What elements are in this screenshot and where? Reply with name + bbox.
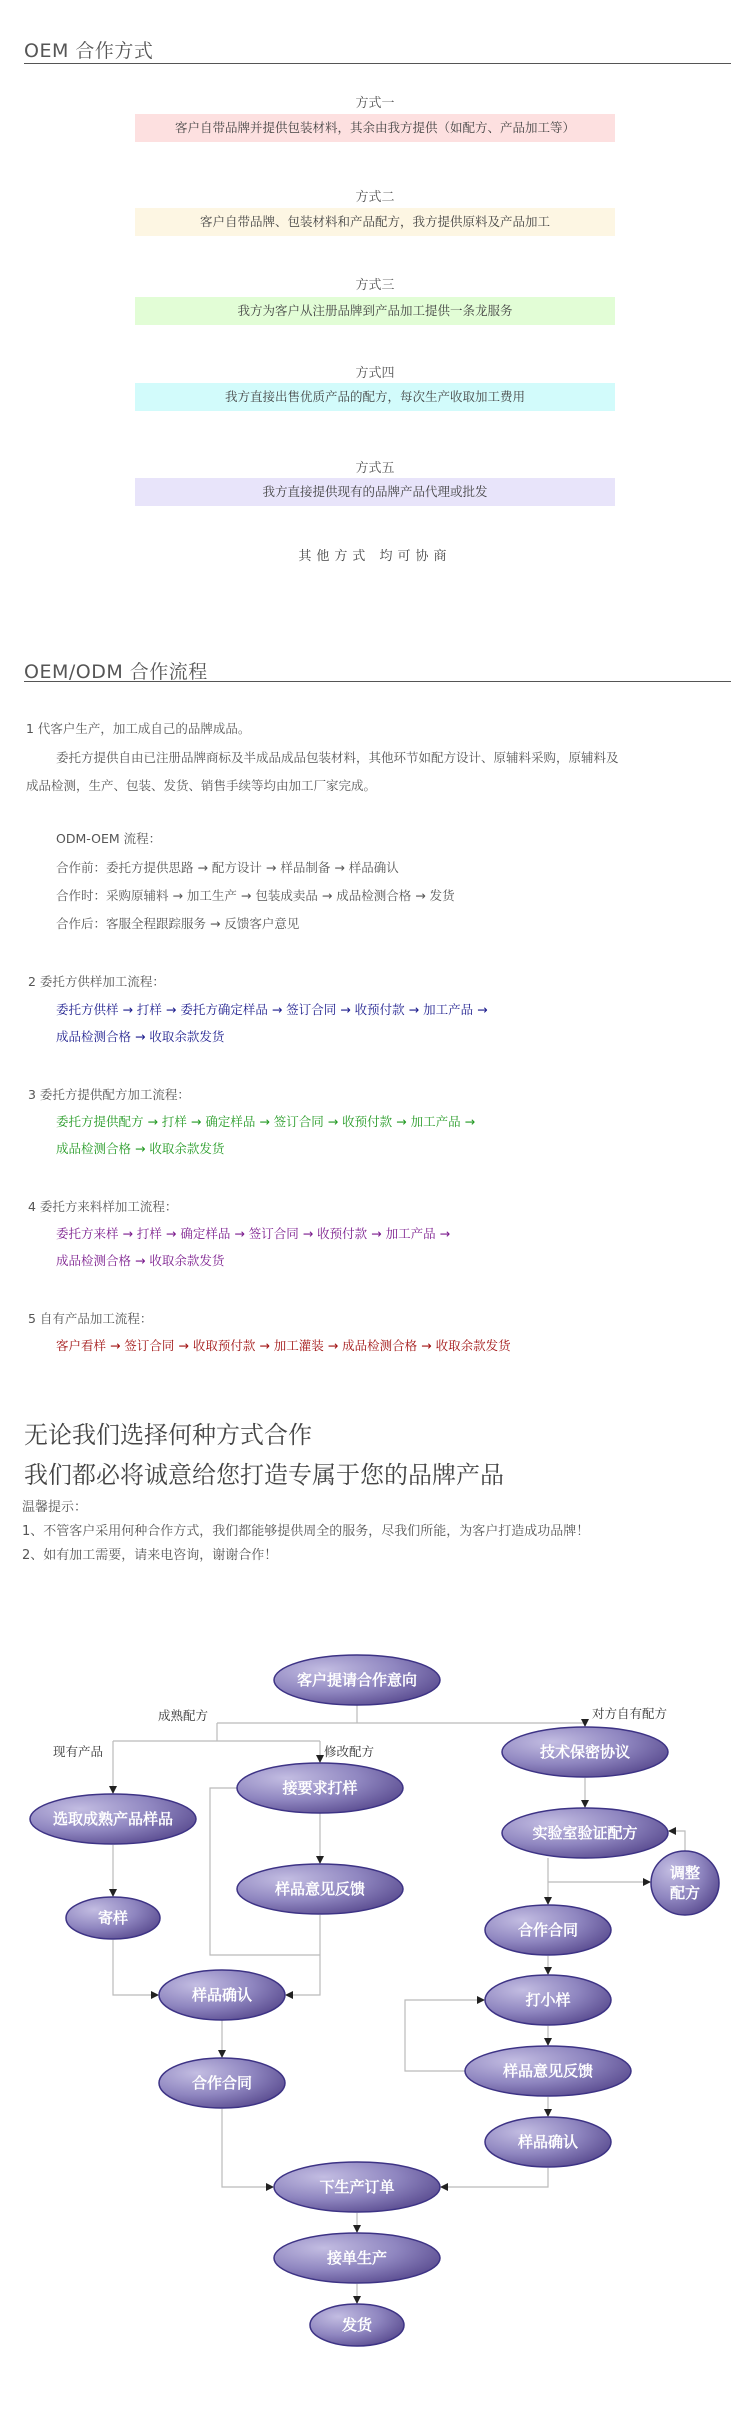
- node-confirm-left: 样品确认: [191, 1986, 252, 2004]
- node-custom-sample: 接要求打样: [281, 1779, 357, 1797]
- node-nda: 技术保密协议: [539, 1743, 630, 1761]
- node-feedback-left: 样品意见反馈: [274, 1880, 365, 1898]
- node-lab-verify: 实验室验证配方: [532, 1824, 637, 1842]
- node-confirm-right: 样品确认: [517, 2133, 578, 2151]
- node-adjust-shape: [651, 1851, 719, 1915]
- cooperation-flowchart: 成熟配方 对方自有配方 现有产品 修改配方 客户提请合作意向 技术保密协议 选取…: [0, 0, 750, 2418]
- node-contract-right: 合作合同: [518, 1921, 578, 1939]
- node-start: 客户提请合作意向: [297, 1671, 417, 1689]
- node-select-sample: 选取成熟产品样品: [53, 1810, 173, 1828]
- node-adjust-line2: 配方: [670, 1884, 700, 1902]
- node-send-sample: 寄样: [98, 1909, 128, 1927]
- node-ship: 发货: [341, 2316, 373, 2334]
- node-order: 下生产订单: [319, 2178, 394, 2196]
- node-feedback-right: 样品意见反馈: [502, 2062, 593, 2080]
- edge-label-mature: 成熟配方: [158, 1708, 208, 1723]
- edge-label-modify: 修改配方: [324, 1744, 374, 1759]
- node-small-sample: 打小样: [524, 1991, 570, 2009]
- node-contract-left: 合作合同: [192, 2074, 252, 2092]
- edge-label-own-formula: 对方自有配方: [592, 1706, 667, 1721]
- node-produce: 接单生产: [326, 2249, 387, 2267]
- node-adjust-line1: 调整: [670, 1864, 700, 1882]
- edge-label-existing: 现有产品: [53, 1744, 103, 1759]
